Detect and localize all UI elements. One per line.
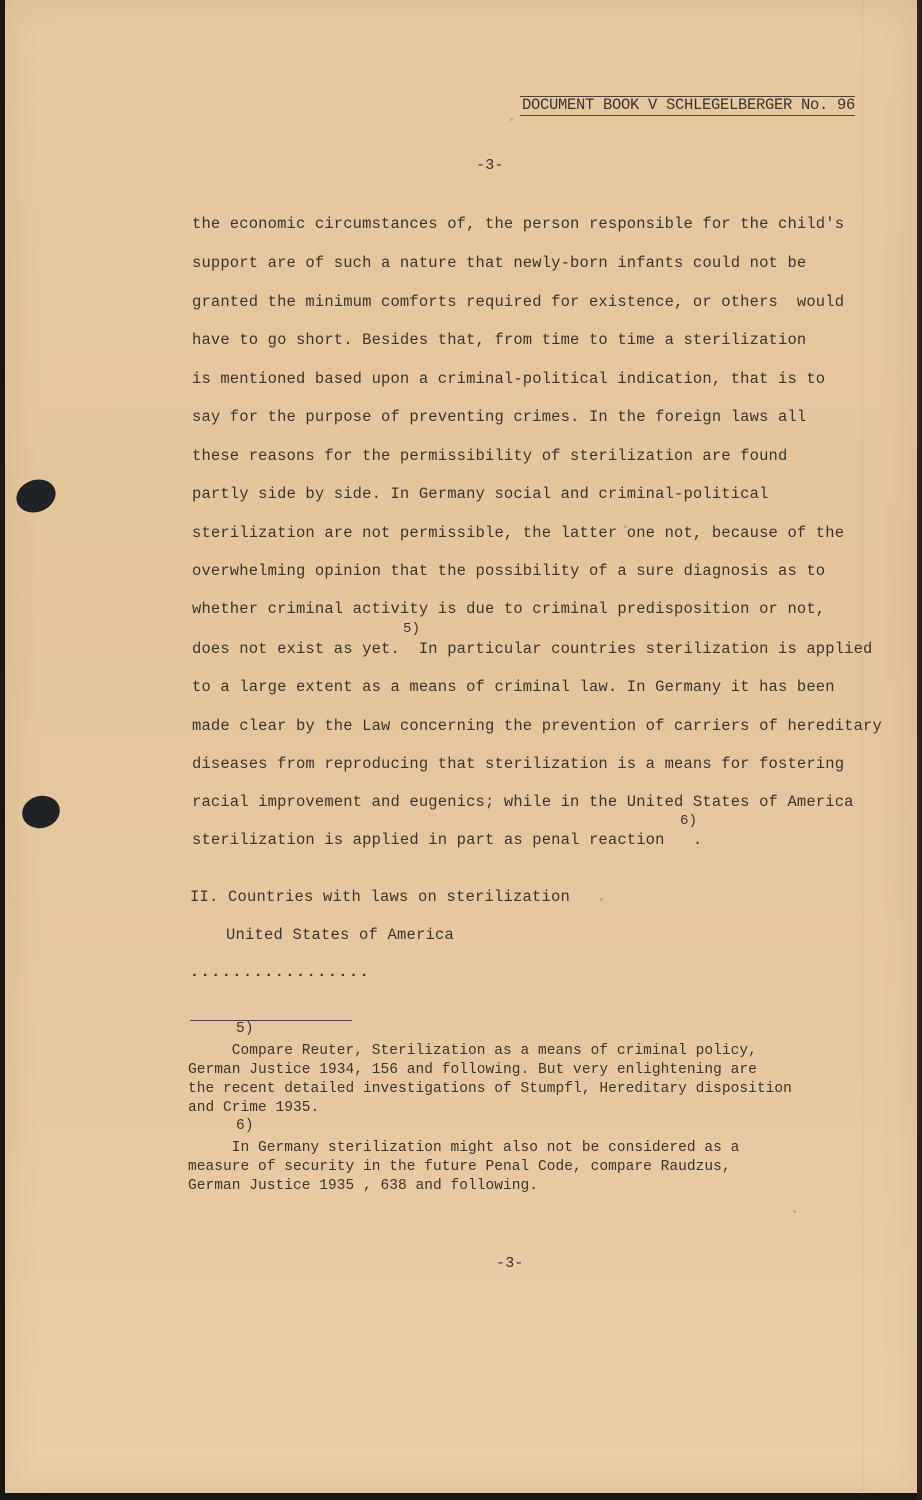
page-number-bottom: -3- [496, 1255, 524, 1272]
footnote-5-line: German Justice 1934, 156 and following. … [188, 1061, 757, 1080]
body-line: support are of such a nature that newly-… [192, 254, 806, 272]
body-line: say for the purpose of preventing crimes… [192, 408, 806, 426]
body-line: partly side by side. In Germany social a… [192, 485, 769, 503]
footnote-6-line: In Germany sterilization might also not … [188, 1139, 739, 1158]
fold-line [862, 0, 863, 1500]
body-line: have to go short. Besides that, from tim… [192, 331, 806, 349]
body-line: made clear by the Law concerning the pre… [192, 717, 882, 735]
paper-speck [600, 898, 603, 901]
page-number-top: -3- [476, 157, 504, 174]
document-header: DOCUMENT BOOK V SCHLEGELBERGER No. 96 [520, 96, 855, 116]
ellipsis-dots: ................. [190, 964, 370, 981]
body-line: diseases from reproducing that steriliza… [192, 755, 844, 773]
paper-speck [510, 118, 513, 121]
footnote-5-line: Compare Reuter, Sterilization as a means… [188, 1042, 757, 1061]
scan-edge [917, 0, 922, 1500]
footnote-5-line: the recent detailed investigations of St… [188, 1080, 792, 1099]
body-line: whether criminal activity is due to crim… [192, 600, 825, 618]
footnote-marker-6: 6) [236, 1118, 254, 1134]
scanned-document: DOCUMENT BOOK V SCHLEGELBERGER No. 96 -3… [0, 0, 922, 1500]
body-line: the economic circumstances of, the perso… [192, 215, 844, 233]
body-line: sterilization are not permissible, the l… [192, 524, 844, 542]
body-line: these reasons for the permissibility of … [192, 447, 787, 465]
paper-speck [624, 525, 627, 528]
paper-speck [793, 1210, 796, 1213]
footnote-6-line: German Justice 1935 , 638 and following. [188, 1177, 538, 1196]
subsection-heading: United States of America [226, 926, 454, 944]
footnote-ref-6: 6) [680, 814, 697, 828]
footnote-5-line: and Crime 1935. [188, 1099, 319, 1118]
body-line: overwhelming opinion that the possibilit… [192, 562, 825, 580]
body-line: does not exist as yet. In particular cou… [192, 640, 873, 658]
body-line: racial improvement and eugenics; while i… [192, 793, 854, 811]
section-heading: II. Countries with laws on sterilization [190, 888, 570, 906]
footnote-divider [190, 1020, 352, 1021]
footnote-marker-5: 5) [236, 1021, 254, 1037]
footnote-ref-5: 5) [403, 622, 420, 636]
body-line: to a large extent as a means of criminal… [192, 678, 835, 696]
body-line: is mentioned based upon a criminal-polit… [192, 370, 825, 388]
body-line: granted the minimum comforts required fo… [192, 293, 844, 311]
footnote-6-line: measure of security in the future Penal … [188, 1158, 731, 1177]
body-line: sterilization is applied in part as pena… [192, 831, 702, 849]
